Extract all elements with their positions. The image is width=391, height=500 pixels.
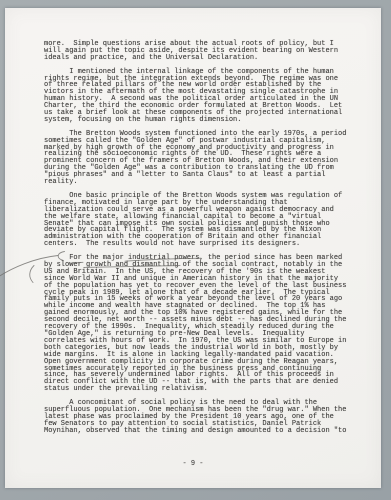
paragraph: I mentioned the internal linkage of the … bbox=[44, 69, 360, 124]
paragraph: The Bretton Woods system functioned into… bbox=[44, 131, 360, 186]
paragraph: A concomitant of social policy is the ne… bbox=[44, 400, 360, 435]
page-number: - 9 - bbox=[5, 460, 381, 468]
scanned-page-background: more. Simple questions arise about the a… bbox=[0, 0, 391, 500]
document-page: more. Simple questions arise about the a… bbox=[5, 8, 381, 488]
paragraph: more. Simple questions arise about the a… bbox=[44, 41, 360, 62]
text-block: more. Simple questions arise about the a… bbox=[44, 41, 360, 441]
paragraph: One basic principle of the Bretton Woods… bbox=[44, 193, 360, 248]
paragraph: For the major industrial powers, the per… bbox=[44, 255, 360, 393]
